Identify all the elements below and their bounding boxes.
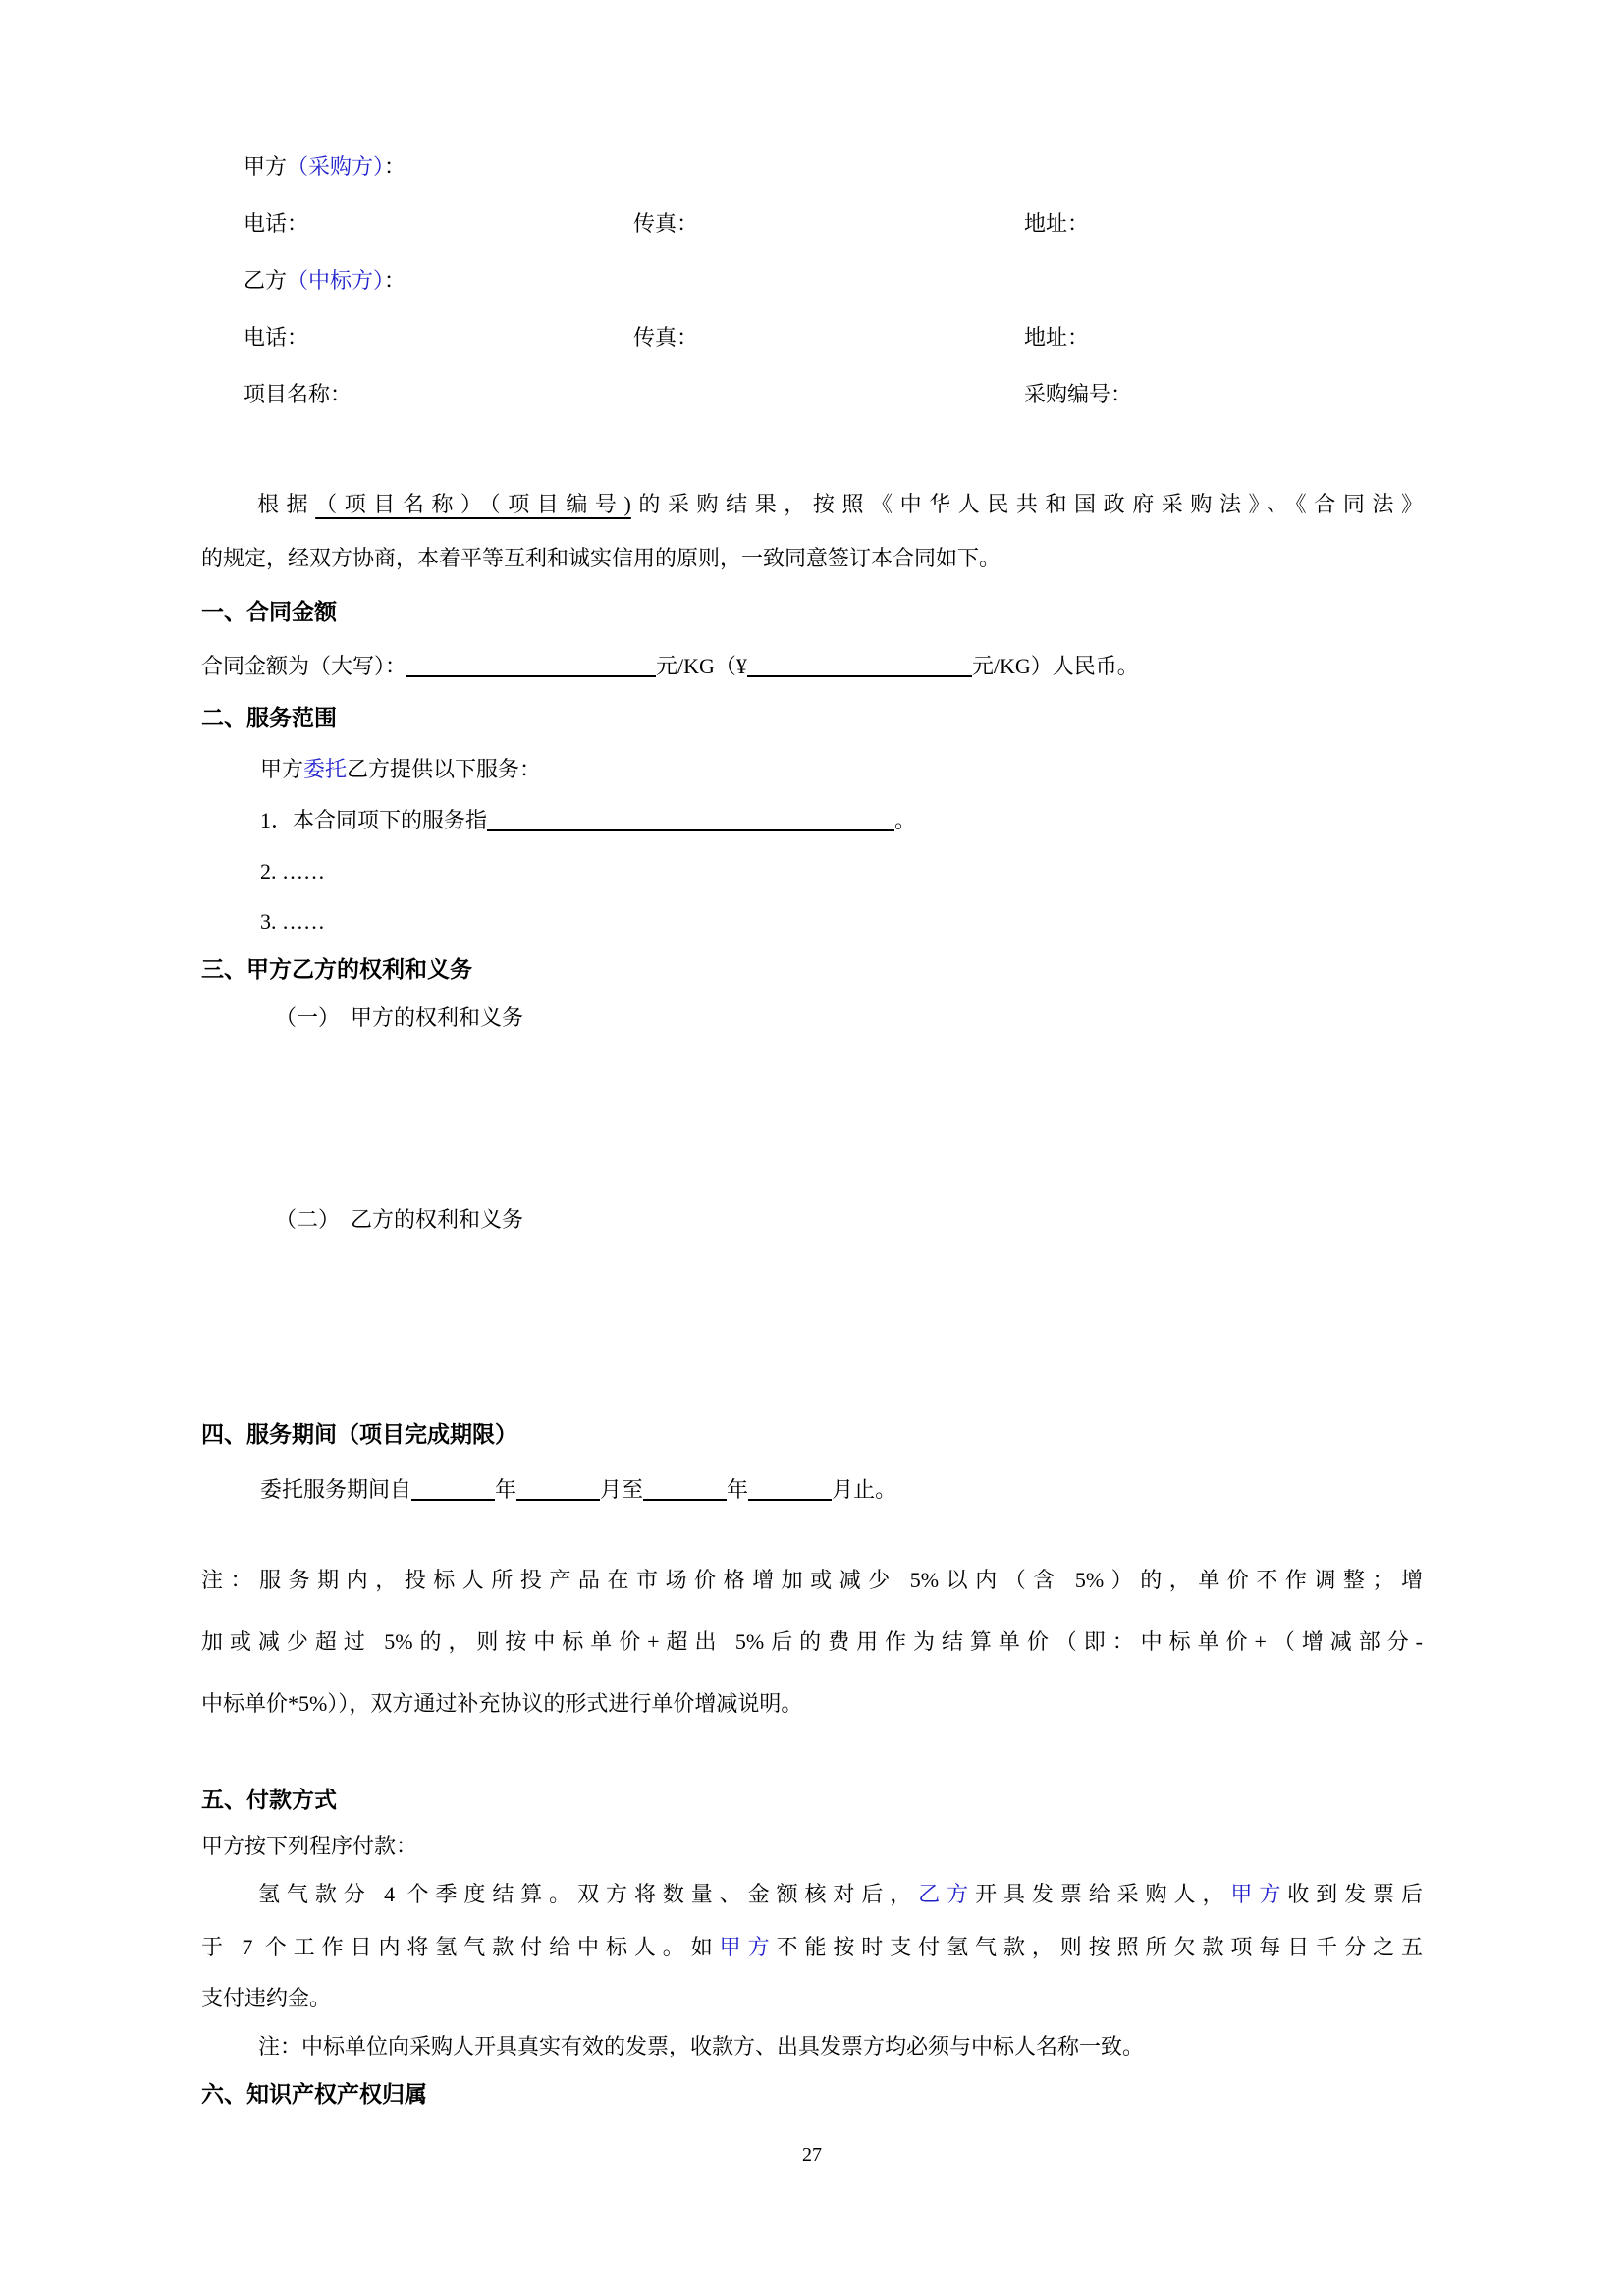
price-note-line-3: 中标单价*5%）），双方通过补充协议的形式进行单价增减说明。 (201, 1673, 1423, 1735)
period-p4: 年 (727, 1477, 748, 1502)
service-intro-line: 甲方委托乙方提供以下服务： (201, 744, 1423, 795)
project-row: 项目名称： 采购编号： (201, 366, 1423, 423)
intro-paragraph-line-2: 的规定，经双方协商，本着平等互利和诚实信用的原则，一致同意签订本合同如下。 (201, 531, 1423, 585)
section-3-heading: 三、甲方乙方的权利和义务 (201, 946, 1423, 993)
party-a-row: 甲方（采购方）： (201, 138, 1423, 195)
service-intro-entrust: 委托 (303, 757, 347, 781)
purchase-no-label: 采购编号： (1024, 366, 1132, 423)
service-item-1-prefix: 1．本合同项下的服务指 (260, 808, 487, 832)
party-b-row: 乙方（中标方）： (201, 252, 1423, 309)
service-intro-prefix: 甲方 (260, 757, 303, 781)
section-2-heading: 二、服务范围 (201, 693, 1423, 744)
amount-blank-numeric (747, 652, 972, 677)
amount-mid: 元/KG（¥ (656, 654, 747, 678)
period-blank-year-to (643, 1475, 727, 1501)
period-blank-year-from (411, 1475, 495, 1501)
payment-party-b-ref: 乙方 (918, 1882, 975, 1906)
page-number: 27 (201, 2130, 1423, 2179)
section-6-heading: 六、知识产权产权归属 (201, 2070, 1423, 2119)
party-a-label: 甲方（采购方）： (244, 138, 406, 195)
address-label: 地址： (1024, 195, 1089, 252)
party-a-rights-subheading: （一） 甲方的权利和义务 (201, 993, 1423, 1042)
party-b-role: （中标方） (287, 268, 384, 293)
payment-paragraph-line-3: 支付违约金。 (201, 1974, 1423, 2023)
service-item-2: 2. …… (201, 846, 1423, 897)
fax-label: 传真： (633, 309, 698, 366)
period-blank-month-from (516, 1475, 600, 1501)
intro-prefix: 根据 (257, 492, 315, 516)
payment-intro-line: 甲方按下列程序付款： (201, 1824, 1423, 1869)
section-1-heading: 一、合同金额 (201, 585, 1423, 639)
service-item-1-suffix: 。 (894, 808, 916, 832)
party-a-role: （采购方） (287, 154, 384, 179)
invoice-note-line: 注：中标单位向采购人开具真实有效的发票，收款方、出具发票方均必须与中标人名称一致… (201, 2023, 1423, 2070)
party-a-colon: ： (384, 154, 406, 179)
service-period-line: 委托服务期间自年月至年月止。 (201, 1466, 1423, 1515)
contact-row-party-a: 电话： 传真： 地址： (201, 195, 1423, 252)
price-note-line-2: 加或减少超过 5%的，则按中标单价+超出 5%后的费用作为结算单价（即：中标单价… (201, 1611, 1423, 1673)
period-p2: 年 (495, 1477, 516, 1502)
phone-label: 电话： (244, 195, 308, 252)
document-page: 甲方（采购方）： 电话： 传真： 地址： 乙方（中标方）： 电话： 传真： 地址… (0, 0, 1624, 2296)
payment-p1a: 氢气款分 4 个季度结算。双方将数量、金额核对后， (258, 1882, 918, 1906)
period-blank-month-to (748, 1475, 832, 1501)
intro-paragraph-line-1: 根据（项目名称）（项目编号)的采购结果，按照《中华人民共和国政府采购法》、《合同… (201, 477, 1423, 531)
party-b-colon: ： (384, 268, 406, 293)
fax-label: 传真： (633, 195, 698, 252)
period-p5: 月止。 (832, 1477, 896, 1502)
price-note-line-1: 注：服务期内，投标人所投产品在市场价格增加或减少 5%以内（含 5%）的，单价不… (201, 1549, 1423, 1611)
party-b-prefix: 乙方 (244, 268, 287, 293)
payment-paragraph-line-1: 氢气款分 4 个季度结算。双方将数量、金额核对后，乙方开具发票给采购人，甲方收到… (201, 1869, 1423, 1920)
phone-label: 电话： (244, 309, 308, 366)
service-item-3: 3. …… (201, 897, 1423, 946)
party-a-prefix: 甲方 (244, 154, 287, 179)
payment-p2a: 于 7 个工作日内将氢气款付给中标人。如 (201, 1935, 720, 1959)
payment-p1e: 收到发票后 (1287, 1882, 1423, 1906)
amount-prefix: 合同金额为（大写）： (201, 654, 406, 678)
service-item-1: 1．本合同项下的服务指。 (201, 795, 1423, 846)
payment-p1c: 开具发票给采购人， (975, 1882, 1230, 1906)
party-b-rights-subheading: （二） 乙方的权利和义务 (201, 1196, 1423, 1245)
payment-p2c: 不能按时支付氢气款，则按照所欠款项每日千分之五 (777, 1935, 1423, 1959)
project-name-label: 项目名称： (244, 366, 352, 423)
period-p3: 月至 (600, 1477, 643, 1502)
section-4-heading: 四、服务期间（项目完成期限） (201, 1411, 1423, 1460)
contact-row-party-b: 电话： 传真： 地址： (201, 309, 1423, 366)
contract-amount-line: 合同金额为（大写）：元/KG（¥元/KG）人民币。 (201, 639, 1423, 693)
service-item-1-blank (487, 806, 894, 831)
intro-underlined-fill-in: （项目名称）（项目编号) (315, 492, 631, 516)
address-label: 地址： (1024, 309, 1089, 366)
document-content: 甲方（采购方）： 电话： 传真： 地址： 乙方（中标方）： 电话： 传真： 地址… (201, 0, 1423, 2179)
service-intro-rest: 乙方提供以下服务： (347, 757, 541, 781)
party-b-label: 乙方（中标方）： (244, 252, 406, 309)
period-p1: 委托服务期间自 (260, 1477, 411, 1502)
amount-blank-uppercase (406, 652, 656, 677)
amount-suffix: 元/KG）人民币。 (972, 654, 1139, 678)
section-5-heading: 五、付款方式 (201, 1777, 1423, 1824)
payment-paragraph-line-2: 于 7 个工作日内将氢气款付给中标人。如甲方不能按时支付氢气款，则按照所欠款项每… (201, 1920, 1423, 1974)
intro-rest: 的采购结果，按照《中华人民共和国政府采购法》、《合同法》 (631, 492, 1423, 516)
payment-party-a-ref-2: 甲方 (720, 1935, 777, 1959)
price-adjustment-note: 注：服务期内，投标人所投产品在市场价格增加或减少 5%以内（含 5%）的，单价不… (201, 1549, 1423, 1735)
payment-party-a-ref: 甲方 (1230, 1882, 1287, 1906)
